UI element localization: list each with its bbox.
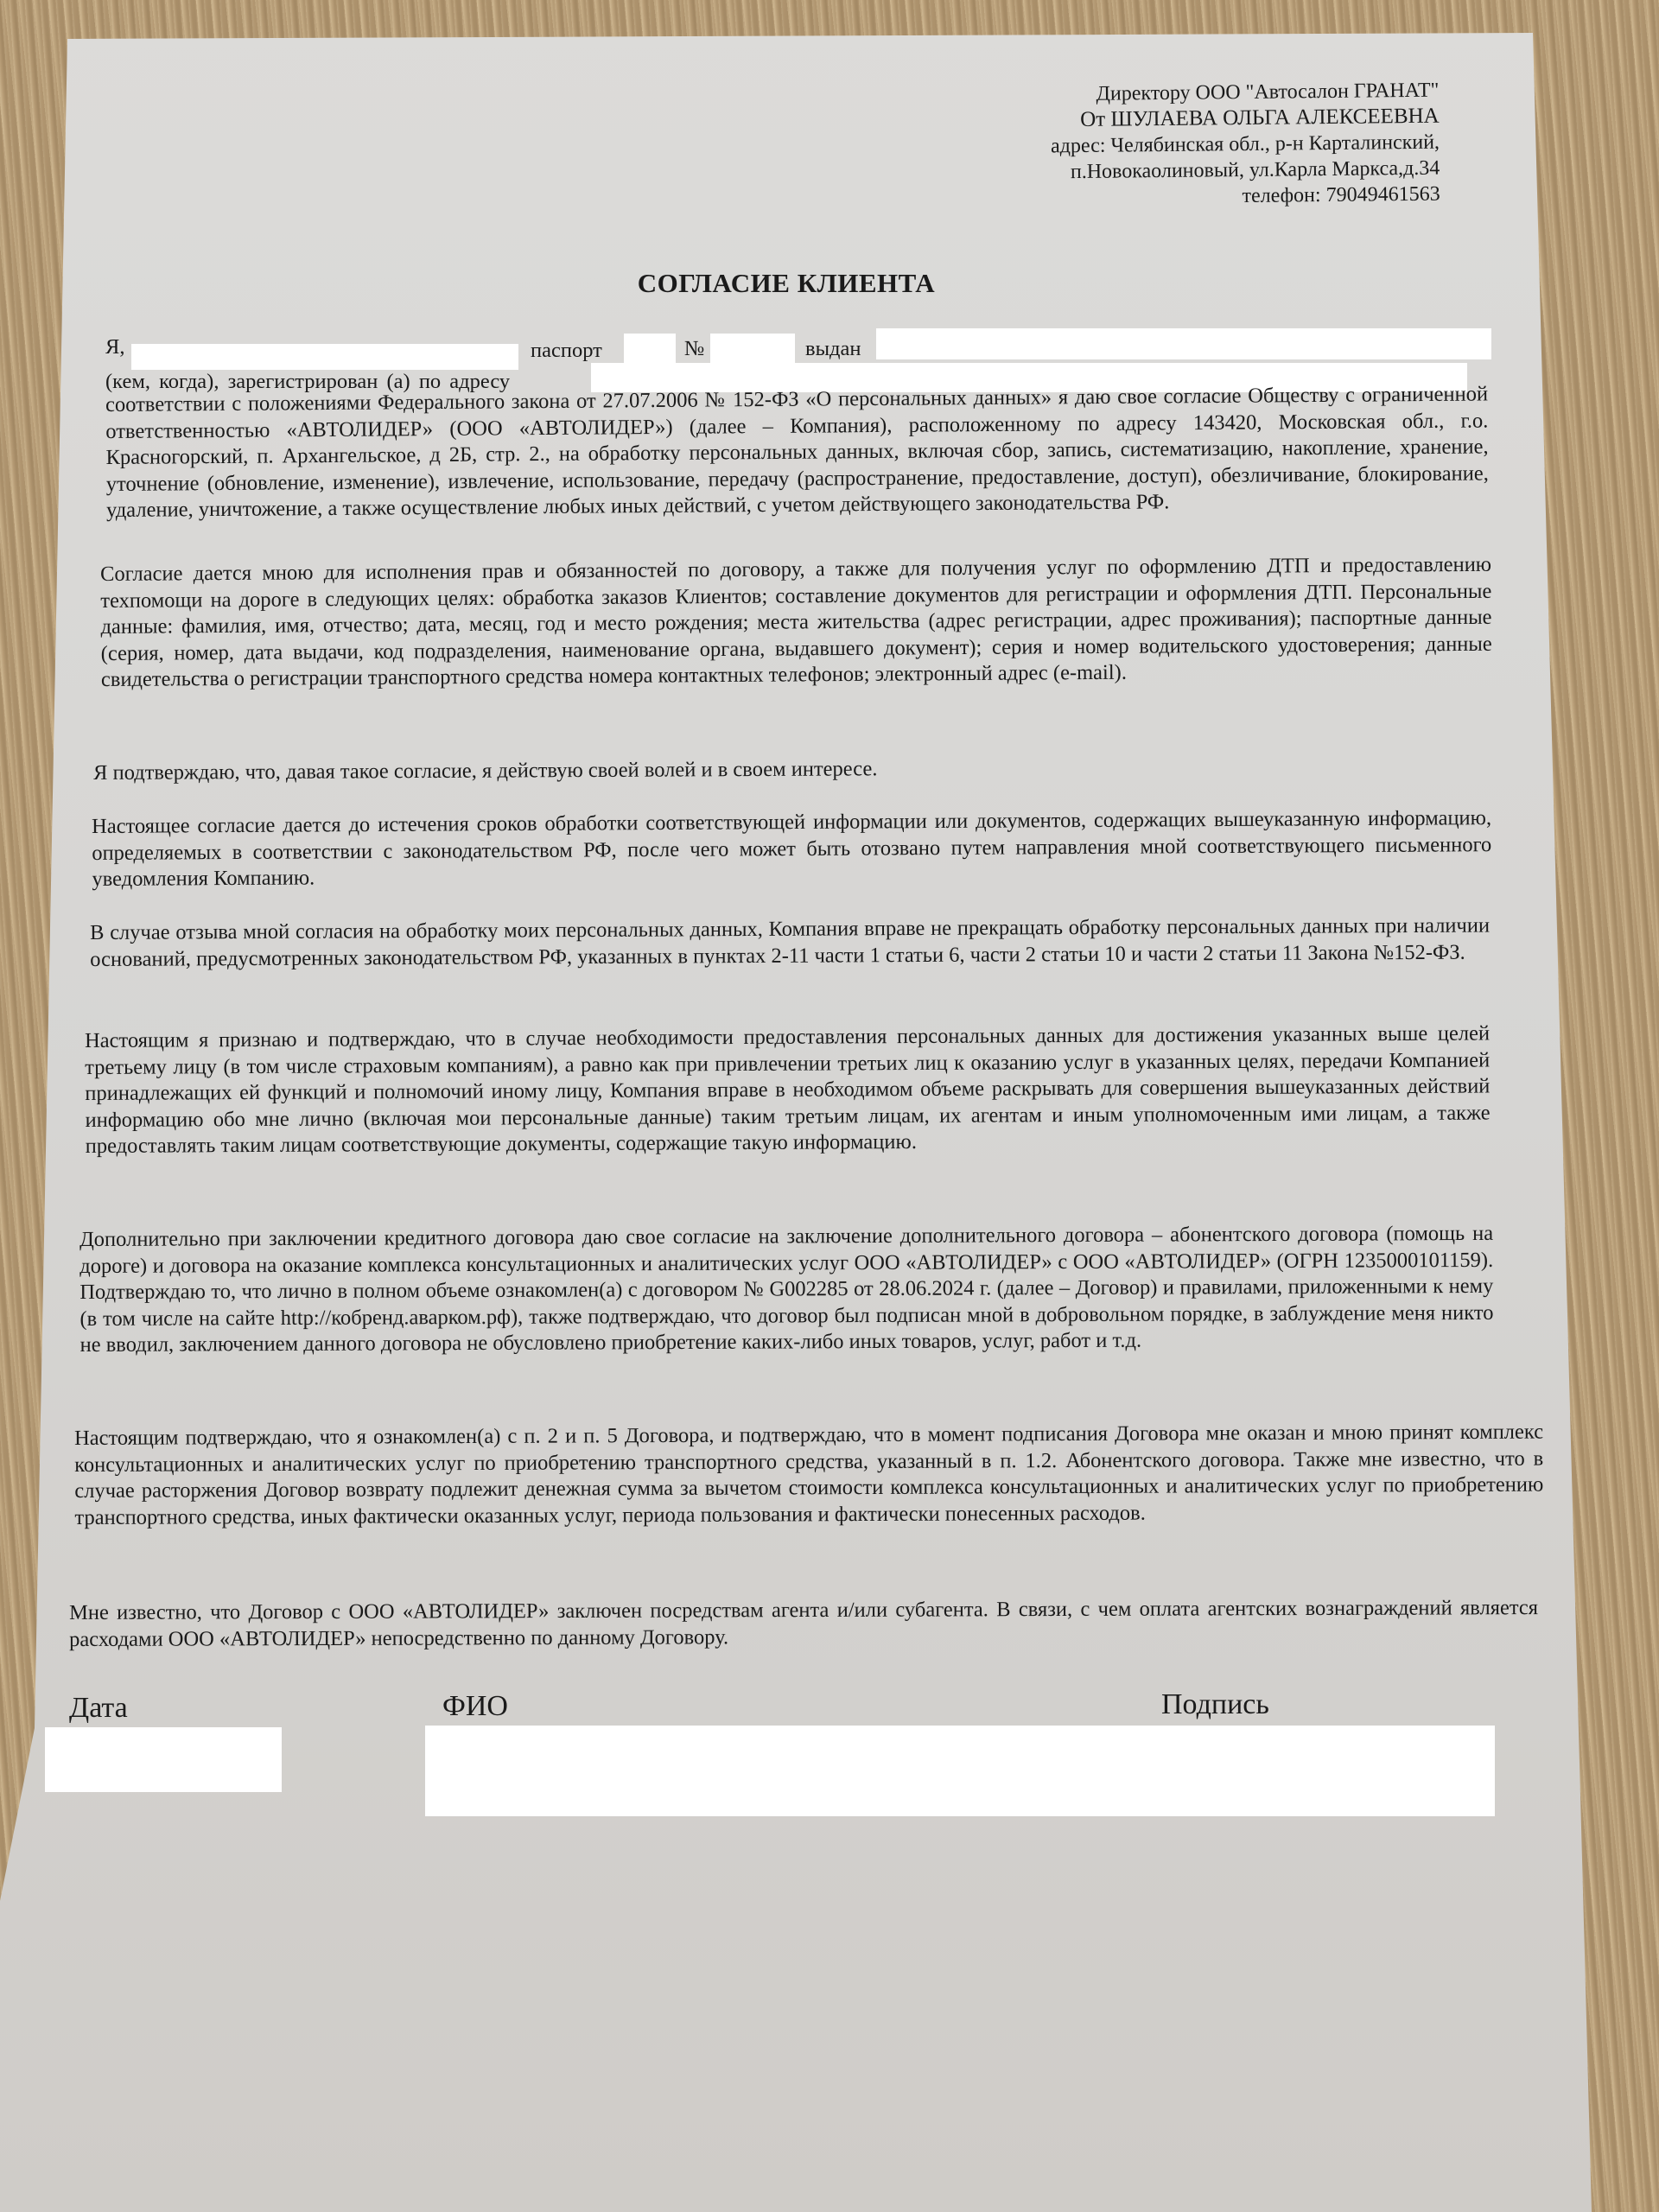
sender-address-line-1: адрес: Челябинская обл., р-н Карталински… [1051, 130, 1440, 160]
sender-name: От ШУЛАЕВА ОЛЬГА АЛЕКСЕЕВНА [1051, 104, 1440, 134]
name-label: ФИО [442, 1690, 508, 1723]
paragraph-services-confirmation: Настоящим подтверждаю, что я ознакомлен(… [74, 1420, 1544, 1531]
redacted-date [45, 1727, 282, 1792]
addressee-line: Директору ООО "Автосалон ГРАНАТ" [1050, 78, 1439, 108]
signature-label: Подпись [1161, 1688, 1269, 1721]
intro-paragraph: соответствии с положениями Федерального … [105, 381, 1489, 524]
date-label: Дата [69, 1692, 128, 1725]
consent-document: Директору ООО "Автосалон ГРАНАТ" От ШУЛА… [0, 0, 1659, 2212]
redacted-full-name [131, 344, 518, 370]
number-label: № [684, 337, 704, 361]
paragraph-revocation: В случае отзыва мной согласия на обработ… [90, 913, 1490, 973]
paragraph-agent: Мне известно, что Договор с ООО «АВТОЛИД… [69, 1595, 1538, 1653]
addressee-block: Директору ООО "Автосалон ГРАНАТ" От ШУЛА… [1050, 78, 1440, 212]
paragraph-own-will: Я подтверждаю, что, давая такое согласие… [93, 753, 1493, 787]
sender-phone: телефон: 79049461563 [1051, 181, 1440, 212]
sender-address-line-2: п.Новокаолиновый, ул.Карла Маркса,д.34 [1051, 156, 1440, 186]
paragraph-additional-contract: Дополнительно при заключении кредитного … [79, 1221, 1494, 1359]
document-title: СОГЛАСИЕ КЛИЕНТА [0, 268, 1573, 299]
paragraph-validity: Настоящее согласие дается до истечения с… [92, 805, 1492, 893]
redacted-passport-number [710, 334, 795, 363]
issued-label: выдан [805, 337, 861, 361]
redacted-issued-by [876, 328, 1491, 359]
paragraph-third-parties: Настоящим я признаю и подтверждаю, что в… [85, 1020, 1491, 1160]
redacted-name-and-signature [425, 1726, 1495, 1816]
passport-label: паспорт [531, 339, 602, 363]
paragraph-purposes: Согласие дается мною для исполнения прав… [100, 552, 1492, 694]
redacted-passport-series [624, 334, 676, 363]
intro-prefix: Я, [105, 335, 124, 359]
intro-line-1: Я, [105, 335, 124, 359]
